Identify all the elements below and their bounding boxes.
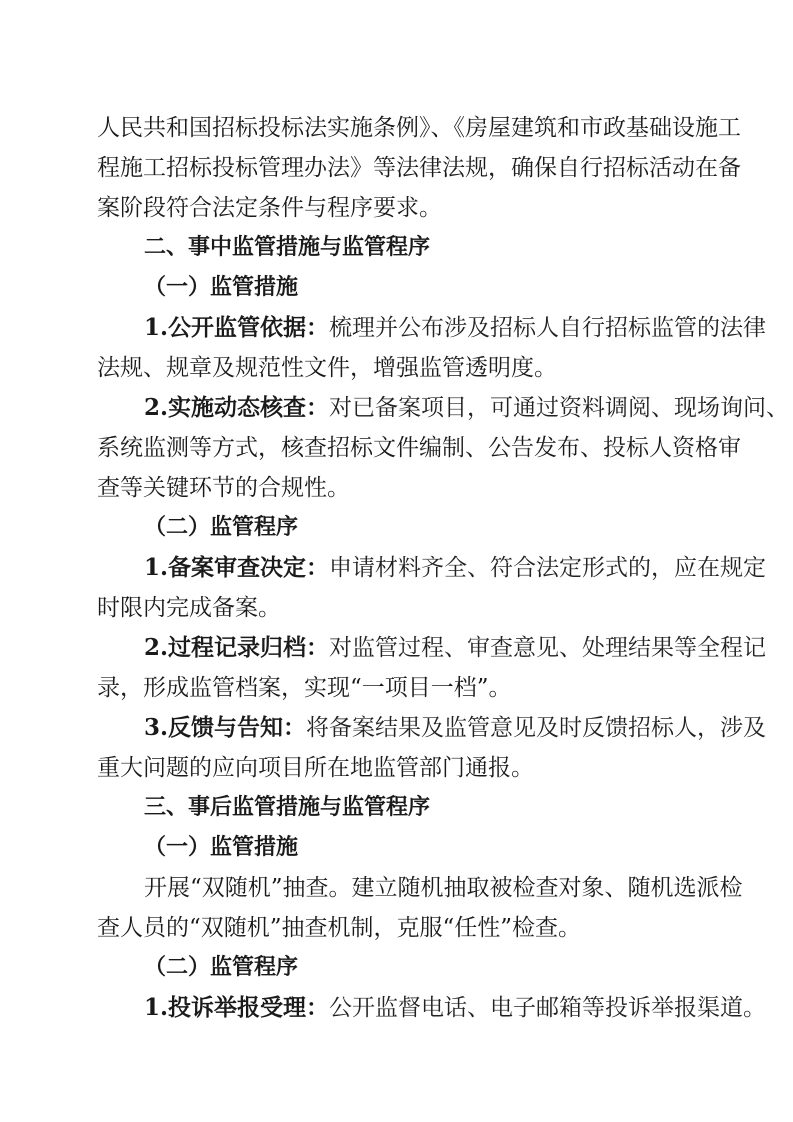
body-line: 案阶段符合法定条件与程序要求。 bbox=[97, 188, 698, 228]
body-line: 查人员的“双随机”抽查机制，克服“任性”检查。 bbox=[97, 908, 698, 948]
item-first-line: 1.公开监管依据：梳理并公布涉及招标人自行招标监管的法律 bbox=[97, 308, 698, 348]
body-line: 系统监测等方式，核查招标文件编制、公告发布、投标人资格审 bbox=[97, 428, 698, 468]
item-lead: 2.过程记录归档： bbox=[144, 634, 329, 661]
item-lead: 1.备案审查决定： bbox=[144, 554, 329, 581]
body-first-line: 开展“双随机”抽查。建立随机抽取被检查对象、随机选派检 bbox=[97, 868, 698, 908]
item-first-line: 1.备案审查决定：申请材料齐全、符合法定形式的，应在规定 bbox=[97, 548, 698, 588]
item-text: 梳理并公布涉及招标人自行招标监管的法律 bbox=[329, 315, 766, 341]
item-lead: 1.公开监管依据： bbox=[144, 314, 329, 341]
subheading-procedures: （二）监管程序 bbox=[97, 508, 698, 548]
section-heading-3: 三、事后监管措施与监管程序 bbox=[97, 788, 698, 828]
subheading-procedures: （二）监管程序 bbox=[97, 948, 698, 988]
item-first-line: 2.过程记录归档：对监管过程、审查意见、处理结果等全程记 bbox=[97, 628, 698, 668]
item-first-line: 3.反馈与告知：将备案结果及监管意见及时反馈招标人，涉及 bbox=[97, 708, 698, 748]
body-line: 时限内完成备案。 bbox=[97, 588, 698, 628]
item-text: 申请材料齐全、符合法定形式的，应在规定 bbox=[329, 555, 766, 581]
item-first-line: 1.投诉举报受理：公开监督电话、电子邮箱等投诉举报渠道。 bbox=[97, 988, 698, 1028]
item-lead: 2.实施动态核查： bbox=[144, 394, 329, 421]
subheading-measures: （一）监管措施 bbox=[97, 268, 698, 308]
body-line: 人民共和国招标投标法实施条例》、《房屋建筑和市政基础设施工 bbox=[97, 108, 698, 148]
body-line: 录，形成监管档案，实现“一项目一档”。 bbox=[97, 668, 698, 708]
body-line: 查等关键环节的合规性。 bbox=[97, 468, 698, 508]
document-page: 人民共和国招标投标法实施条例》、《房屋建筑和市政基础设施工 程施工招标投标管理办… bbox=[97, 108, 698, 1028]
section-heading-2: 二、事中监管措施与监管程序 bbox=[97, 228, 698, 268]
subheading-measures: （一）监管措施 bbox=[97, 828, 698, 868]
body-line: 法规、规章及规范性文件，增强监管透明度。 bbox=[97, 348, 698, 388]
body-line: 程施工招标投标管理办法》等法律法规，确保自行招标活动在备 bbox=[97, 148, 698, 188]
item-first-line: 2.实施动态核查：对已备案项目，可通过资料调阅、现场询问、 bbox=[97, 388, 698, 428]
item-lead: 1.投诉举报受理： bbox=[144, 994, 329, 1021]
item-text: 将备案结果及监管意见及时反馈招标人，涉及 bbox=[306, 715, 766, 741]
item-text: 对已备案项目，可通过资料调阅、现场询问、 bbox=[329, 395, 789, 421]
body-line: 重大问题的应向项目所在地监管部门通报。 bbox=[97, 748, 698, 788]
item-lead: 3.反馈与告知： bbox=[144, 714, 306, 741]
item-text: 对监管过程、审查意见、处理结果等全程记 bbox=[329, 635, 766, 661]
item-text: 公开监督电话、电子邮箱等投诉举报渠道。 bbox=[329, 995, 766, 1021]
